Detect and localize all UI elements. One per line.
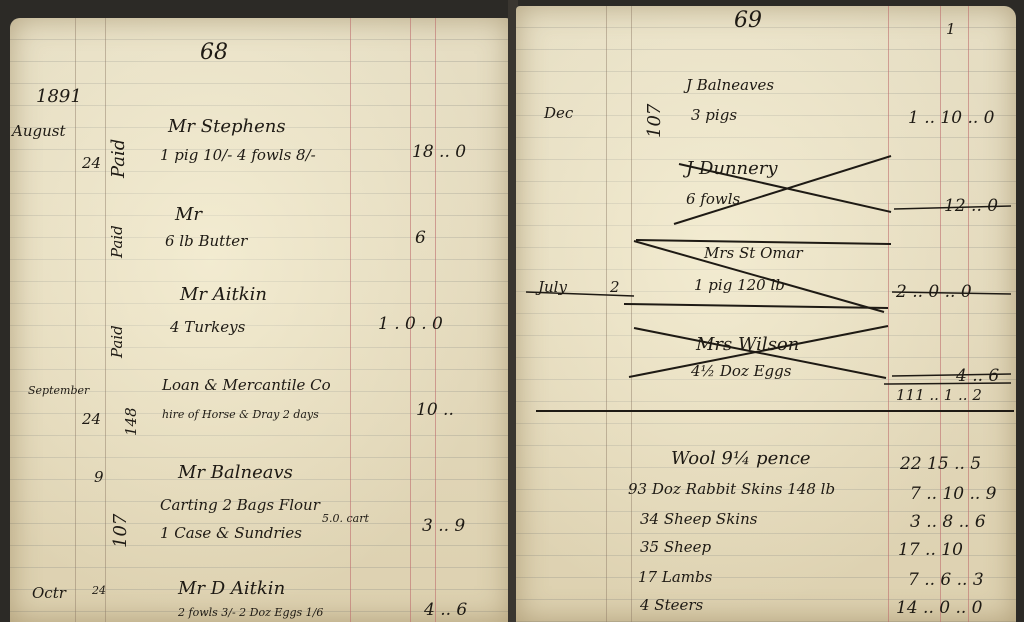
entry-name-crossed: Mrs St Omar [704,244,803,262]
sales-item: 93 Doz Rabbit Skins 148 lb [628,480,835,498]
sales-amount: 22 15 .. 5 [900,454,981,474]
ledger-right-page: 69 1 Dec 107 J Balneaves 3 pigs 1 .. 10 … [516,6,1016,622]
entry-name: Mr Stephens [168,116,286,137]
entry-amount-crossed: 4 .. 6 [956,366,999,386]
entry-item-crossed: 4½ Doz Eggs [691,362,791,380]
entry-amount: 10 .. [416,400,454,420]
year: 1891 [36,86,82,107]
entry-item: hire of Horse & Dray 2 days [162,408,319,421]
entry-name: Mr [175,204,202,225]
folio-number: 107 [110,514,131,548]
entry-date-month: August [12,122,65,140]
entry-amount: 18 .. 0 [412,142,466,162]
entry-amount: 3 .. 9 [422,516,465,536]
sales-item: 4 Steers [640,596,703,614]
entry-date-month: September [28,384,89,397]
entry-item: 1 pig 10/- 4 fowls 8/- [160,146,316,164]
entry-name: Mr D Aitkin [178,578,285,599]
entry-date-day-crossed: 2 [610,278,620,296]
sales-item: 34 Sheep Skins [640,510,757,528]
entry-amount-crossed: 2 .. 0 .. 0 [896,282,972,302]
entry-item: 1 Case & Sundries [160,524,302,542]
sales-amount: 17 .. 10 [898,540,963,560]
amount-column-rule [350,18,351,622]
paid-stamp: Paid [108,225,126,258]
sales-amount: 7 .. 10 .. 9 [910,484,997,504]
entry-item: 4 Turkeys [170,318,245,336]
entry-date-day: 9 [94,468,104,486]
entry-item-crossed: 1 pig 120 lb [694,276,785,294]
section-divider [536,410,1014,412]
sales-amount: 14 .. 0 .. 0 [896,598,983,618]
entry-amount: 4 .. 6 [424,600,467,620]
entry-date-day: 24 [92,584,106,597]
entry-amount: 6 [415,228,426,248]
entry-date-month-crossed: July [538,278,567,296]
page-number: 68 [200,40,228,65]
entry-item: Carting 2 Bags Flour [160,496,320,514]
entry-item: 2 fowls 3/- 2 Doz Eggs 1/6 [178,606,323,619]
sales-item: 35 Sheep [640,538,711,556]
entry-date-day: 24 [82,410,101,428]
folio-number: 148 [122,407,140,436]
sales-amount: 3 .. 8 .. 6 [910,512,986,532]
sales-item: 17 Lambs [638,568,712,586]
paid-stamp: Paid [108,325,126,358]
sales-item: Wool 9¼ pence [671,448,811,469]
ledger-left-page: 68 1891 August 24 Paid Mr Stephens 1 pig… [10,18,510,622]
entry-name: Mr Aitkin [180,284,267,305]
paid-stamp: Paid [108,139,129,178]
entry-date-month: Octr [32,584,66,602]
date-column-rule [75,18,76,622]
entry-name-crossed: Mrs Wilson [696,334,799,355]
subtotal: 111 .. 1 .. 2 [896,386,982,404]
sales-amount: 7 .. 6 .. 3 [908,570,984,590]
entry-note: 5.0. cart [322,512,369,525]
entry-name: Mr Balneavs [178,462,293,483]
entry-date-day: 24 [82,154,101,172]
entry-name: Loan & Mercantile Co [162,376,331,394]
entry-item: 6 lb Butter [165,232,247,250]
folio-column-rule [105,18,106,622]
entry-amount: 1 . 0 . 0 [378,314,443,334]
